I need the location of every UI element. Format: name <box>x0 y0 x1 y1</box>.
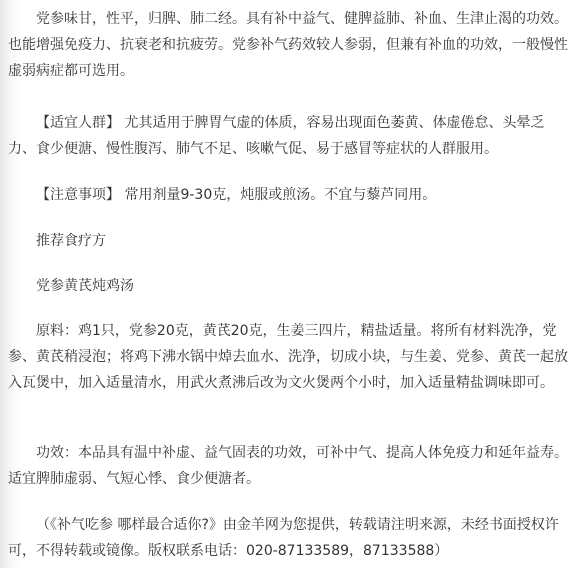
caution-paragraph: 【注意事项】 常用剂量9-30克，炖服或煎汤。不宜与藜芦同用。 <box>8 182 568 208</box>
intro-paragraph: 党参味甘，性平，归脾、肺二经。具有补中益气、健脾益肺、补血、生津止渴的功效。也能… <box>8 6 568 84</box>
caution-text: 常用剂量9-30克，炖服或煎汤。不宜与藜芦同用。 <box>120 187 436 203</box>
suitable-paragraph: 【适宜人群】 尤其适用于脾胃气虚的体质，容易出现面色萎黄、体虚倦怠、头晕乏力、食… <box>8 110 568 162</box>
recipe-title: 党参黄芪炖鸡汤 <box>36 273 582 299</box>
article-body: 党参味甘，性平，归脾、肺二经。具有补中益气、健脾益肺、补血、生津止渴的功效。也能… <box>0 0 582 568</box>
ingredients-paragraph: 原料：鸡1只，党参20克，黄芪20克，生姜三四片，精盐适量。将所有材料洗净，党参… <box>8 318 568 396</box>
suitable-label: 【适宜人群】 <box>36 115 120 131</box>
effect-paragraph: 功效：本品具有温中补虚、益气固表的功效，可补中气、提高人体免疫力和延年益寿。适宜… <box>8 440 568 492</box>
caution-label: 【注意事项】 <box>36 187 120 203</box>
copyright-paragraph: （《补气吃参 哪样最合适你?》由金羊网为您提供，转载请注明来源，未经书面授权许可… <box>8 512 568 564</box>
recipe-heading: 推荐食疗方 <box>36 228 582 254</box>
